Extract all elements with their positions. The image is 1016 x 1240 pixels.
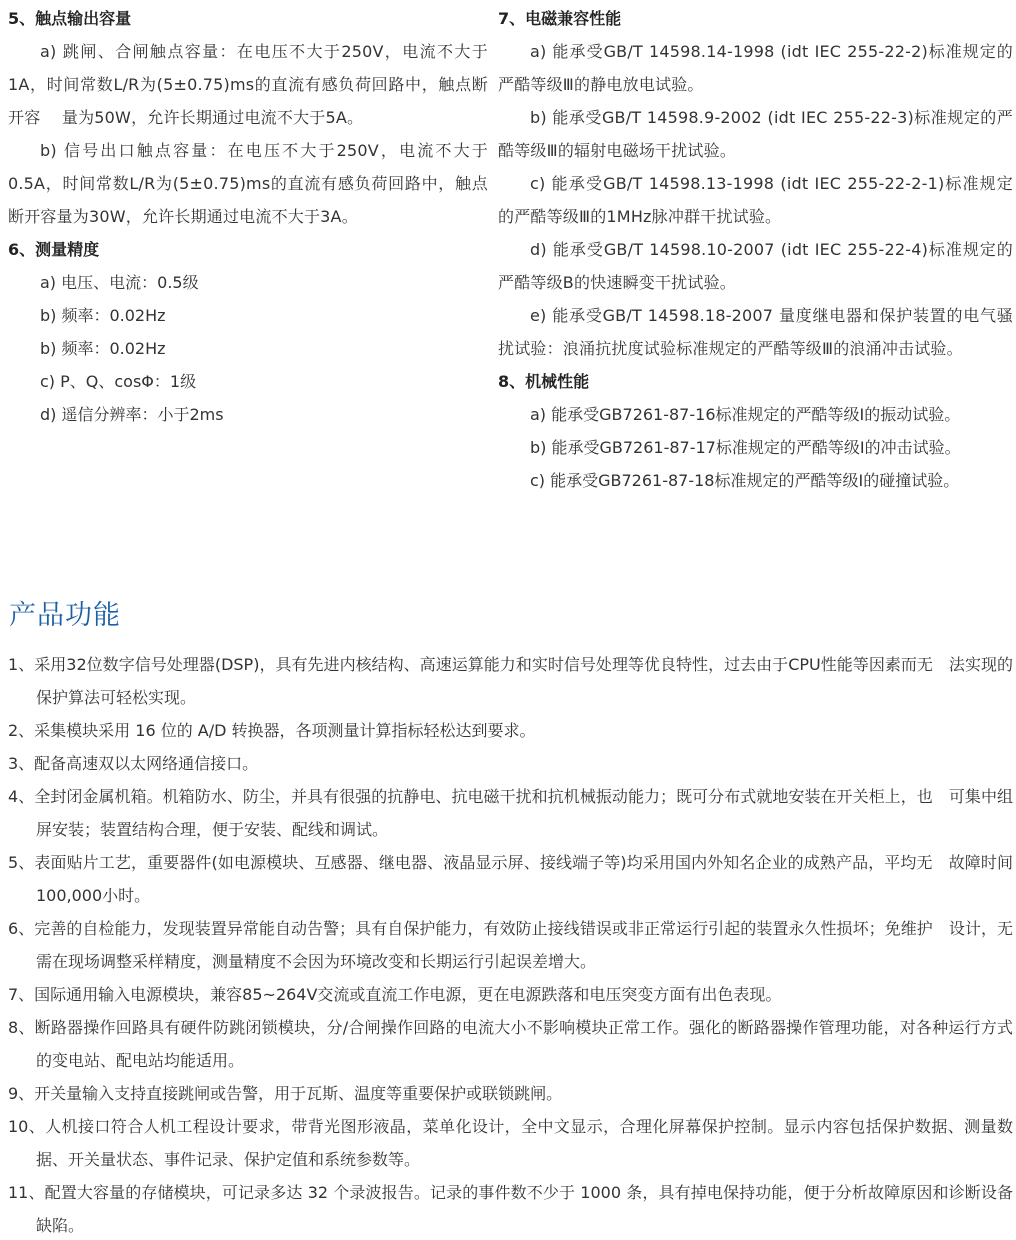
specs-right-column: 7、电磁兼容性能 a) 能承受GB/T 14598.14-1998 (idt I… bbox=[498, 2, 1013, 497]
feature-item: 10、人机接口符合人机工程设计要求，带背光图形液晶，菜单化设计，全中文显示，合理… bbox=[8, 1110, 1013, 1176]
spec-item: c) P、Q、cosΦ：1级 bbox=[8, 365, 488, 398]
feature-item: 3、配备高速双以太网络通信接口。 bbox=[8, 747, 1013, 780]
feature-item: 11、配置大容量的存储模块，可记录多达 32 个录波报告。记录的事件数不少于 1… bbox=[8, 1176, 1013, 1240]
spec-paragraph: b) 能承受GB/T 14598.9-2002 (idt IEC 255-22-… bbox=[498, 101, 1013, 167]
feature-list: 1、采用32位数字信号处理器(DSP)，具有先进内核结构、高速运算能力和实时信号… bbox=[8, 648, 1013, 1240]
spec-item: b) 能承受GB7261-87-17标准规定的严酷等级Ⅰ的冲击试验。 bbox=[498, 431, 1013, 464]
section-title-measurement-accuracy: 6、测量精度 bbox=[8, 233, 488, 266]
feature-item: 6、完善的自检能力，发现装置异常能自动告警；具有自保护能力，有效防止接线错误或非… bbox=[8, 912, 1013, 978]
product-features: 产品功能 1、采用32位数字信号处理器(DSP)，具有先进内核结构、高速运算能力… bbox=[0, 596, 1016, 636]
feature-item: 9、开关量输入支持直接跳闸或告警，用于瓦斯、温度等重要保护或联锁跳闸。 bbox=[8, 1077, 1013, 1110]
spec-item: c) 能承受GB7261-87-18标准规定的严酷等级Ⅰ的碰撞试验。 bbox=[498, 464, 1013, 497]
spec-item: b) 频率：0.02Hz bbox=[8, 299, 488, 332]
spec-paragraph: d) 能承受GB/T 14598.10-2007 (idt IEC 255-22… bbox=[498, 233, 1013, 299]
specs-left-column: 5、触点输出容量 a) 跳闸、合闸触点容量：在电压不大于250V，电流不大于1A… bbox=[8, 2, 488, 431]
spec-paragraph: a) 能承受GB/T 14598.14-1998 (idt IEC 255-22… bbox=[498, 35, 1013, 101]
feature-item: 8、断路器操作回路具有硬件防跳闭锁模块，分/合闸操作回路的电流大小不影响模块正常… bbox=[8, 1011, 1013, 1077]
spec-paragraph: b) 信号出口触点容量：在电压不大于250V，电流不大于0.5A，时间常数L/R… bbox=[8, 134, 488, 233]
section-title-mechanical: 8、机械性能 bbox=[498, 365, 1013, 398]
features-heading: 产品功能 bbox=[9, 596, 1016, 636]
spec-paragraph: c) 能承受GB/T 14598.13-1998 (idt IEC 255-22… bbox=[498, 167, 1013, 233]
spec-paragraph: e) 能承受GB/T 14598.18-2007 量度继电器和保护装置的电气骚扰… bbox=[498, 299, 1013, 365]
feature-item: 4、全封闭金属机箱。机箱防水、防尘，并具有很强的抗静电、抗电磁干扰和抗机械振动能… bbox=[8, 780, 1013, 846]
feature-item: 2、采集模块采用 16 位的 A/D 转换器，各项测量计算指标轻松达到要求。 bbox=[8, 714, 1013, 747]
feature-item: 1、采用32位数字信号处理器(DSP)，具有先进内核结构、高速运算能力和实时信号… bbox=[8, 648, 1013, 714]
feature-item: 7、国际通用输入电源模块，兼容85~264V交流或直流工作电源，更在电源跌落和电… bbox=[8, 978, 1013, 1011]
technical-specs: 5、触点输出容量 a) 跳闸、合闸触点容量：在电压不大于250V，电流不大于1A… bbox=[0, 0, 1016, 540]
spec-paragraph: a) 跳闸、合闸触点容量：在电压不大于250V，电流不大于1A，时间常数L/R为… bbox=[8, 35, 488, 134]
feature-item: 5、表面贴片工艺，重要器件(如电源模块、互感器、继电器、液晶显示屏、接线端子等)… bbox=[8, 846, 1013, 912]
section-title-emc: 7、电磁兼容性能 bbox=[498, 2, 1013, 35]
spec-item: d) 遥信分辨率：小于2ms bbox=[8, 398, 488, 431]
spec-item: a) 能承受GB7261-87-16标准规定的严酷等级Ⅰ的振动试验。 bbox=[498, 398, 1013, 431]
spec-item: b) 频率：0.02Hz bbox=[8, 332, 488, 365]
spec-item: a) 电压、电流：0.5级 bbox=[8, 266, 488, 299]
section-title-contact-output: 5、触点输出容量 bbox=[8, 2, 488, 35]
